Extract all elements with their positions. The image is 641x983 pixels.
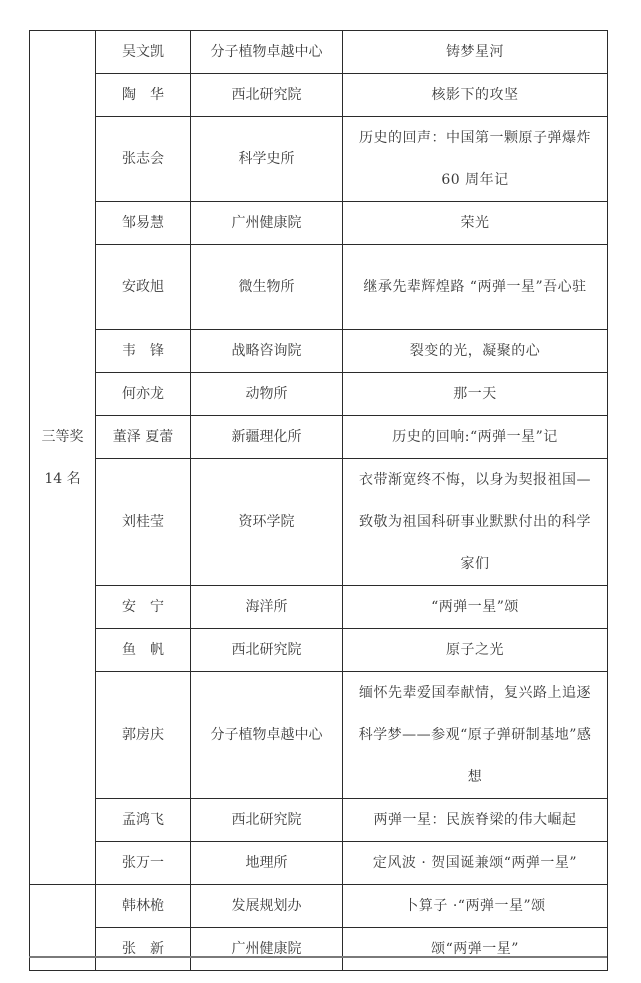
table-row: 张 新 广州健康院 颂“两弹一星” (30, 928, 608, 971)
work-title: 两弹一星：民族脊梁的伟大崛起 (343, 799, 608, 842)
work-title: 历史的回声：中国第一颗原子弹爆炸 60 周年记 (343, 117, 608, 202)
work-title: 衣带渐宽终不悔，以身为契报祖国—致敬为祖国科研事业默默付出的科学家们 (343, 459, 608, 586)
author-name: 陶 华 (96, 74, 191, 117)
work-title: 那一天 (343, 373, 608, 416)
author-name: 刘桂莹 (96, 459, 191, 586)
table-row: 三等奖 14 名 吴文凯 分子植物卓越中心 铸梦星河 (30, 31, 608, 74)
author-name: 孟鸿飞 (96, 799, 191, 842)
author-unit: 动物所 (191, 373, 343, 416)
work-title: 颂“两弹一星” (343, 928, 608, 971)
work-title: 核影下的攻坚 (343, 74, 608, 117)
table-row: 刘桂莹 资环学院 衣带渐宽终不悔，以身为契报祖国—致敬为祖国科研事业默默付出的科… (30, 459, 608, 586)
author-unit: 新疆理化所 (191, 416, 343, 459)
author-unit: 资环学院 (191, 459, 343, 586)
author-unit: 地理所 (191, 842, 343, 885)
table-row: 何亦龙 动物所 那一天 (30, 373, 608, 416)
work-title: 荣光 (343, 202, 608, 245)
table-row: 郭房庆 分子植物卓越中心 缅怀先辈爱国奉献情，复兴路上追逐科学梦——参观“原子弹… (30, 672, 608, 799)
work-title: “两弹一星”颂 (343, 586, 608, 629)
table-row: 韩林桅 发展规划办 卜算子 ·“两弹一星”颂 (30, 885, 608, 928)
work-title: 缅怀先辈爱国奉献情，复兴路上追逐科学梦——参观“原子弹研制基地”感想 (343, 672, 608, 799)
author-unit: 广州健康院 (191, 928, 343, 971)
prize-level-cell: 三等奖 14 名 (30, 31, 96, 885)
author-name: 张志会 (96, 117, 191, 202)
work-title: 继承先辈辉煌路 “两弹一星”吾心驻 (343, 245, 608, 330)
author-unit: 广州健康院 (191, 202, 343, 245)
work-title: 历史的回响:“两弹一星”记 (343, 416, 608, 459)
author-name: 安政旭 (96, 245, 191, 330)
table-row: 安政旭 微生物所 继承先辈辉煌路 “两弹一星”吾心驻 (30, 245, 608, 330)
author-name: 韦 锋 (96, 330, 191, 373)
author-unit: 分子植物卓越中心 (191, 31, 343, 74)
table-row: 董泽 夏蕾 新疆理化所 历史的回响:“两弹一星”记 (30, 416, 608, 459)
work-title: 裂变的光，凝聚的心 (343, 330, 608, 373)
author-unit: 科学史所 (191, 117, 343, 202)
table-row: 邹易慧 广州健康院 荣光 (30, 202, 608, 245)
prize-count: 14 名 (36, 458, 89, 500)
author-unit: 发展规划办 (191, 885, 343, 928)
author-name: 董泽 夏蕾 (96, 416, 191, 459)
author-name: 鱼 帆 (96, 629, 191, 672)
author-unit: 西北研究院 (191, 629, 343, 672)
author-name: 张万一 (96, 842, 191, 885)
work-title: 卜算子 ·“两弹一星”颂 (343, 885, 608, 928)
author-name: 安 宁 (96, 586, 191, 629)
author-name: 张 新 (96, 928, 191, 971)
author-unit: 海洋所 (191, 586, 343, 629)
author-unit: 战略咨询院 (191, 330, 343, 373)
table-row: 张志会 科学史所 历史的回声：中国第一颗原子弹爆炸 60 周年记 (30, 117, 608, 202)
author-name: 何亦龙 (96, 373, 191, 416)
author-unit: 西北研究院 (191, 74, 343, 117)
work-title: 铸梦星河 (343, 31, 608, 74)
table-bottom-rule (29, 956, 607, 958)
prize-label: 三等奖 (36, 416, 89, 458)
table-row: 孟鸿飞 西北研究院 两弹一星：民族脊梁的伟大崛起 (30, 799, 608, 842)
author-name: 韩林桅 (96, 885, 191, 928)
author-unit: 西北研究院 (191, 799, 343, 842)
author-name: 邹易慧 (96, 202, 191, 245)
table-row: 韦 锋 战略咨询院 裂变的光，凝聚的心 (30, 330, 608, 373)
author-unit: 微生物所 (191, 245, 343, 330)
awards-table: 三等奖 14 名 吴文凯 分子植物卓越中心 铸梦星河 陶 华 西北研究院 核影下… (29, 30, 608, 971)
table-row: 安 宁 海洋所 “两弹一星”颂 (30, 586, 608, 629)
author-name: 郭房庆 (96, 672, 191, 799)
author-name: 吴文凯 (96, 31, 191, 74)
table-row: 陶 华 西北研究院 核影下的攻坚 (30, 74, 608, 117)
work-title: 定风波 · 贺国诞兼颂“两弹一星” (343, 842, 608, 885)
table-row: 张万一 地理所 定风波 · 贺国诞兼颂“两弹一星” (30, 842, 608, 885)
author-unit: 分子植物卓越中心 (191, 672, 343, 799)
table-row: 鱼 帆 西北研究院 原子之光 (30, 629, 608, 672)
work-title: 原子之光 (343, 629, 608, 672)
